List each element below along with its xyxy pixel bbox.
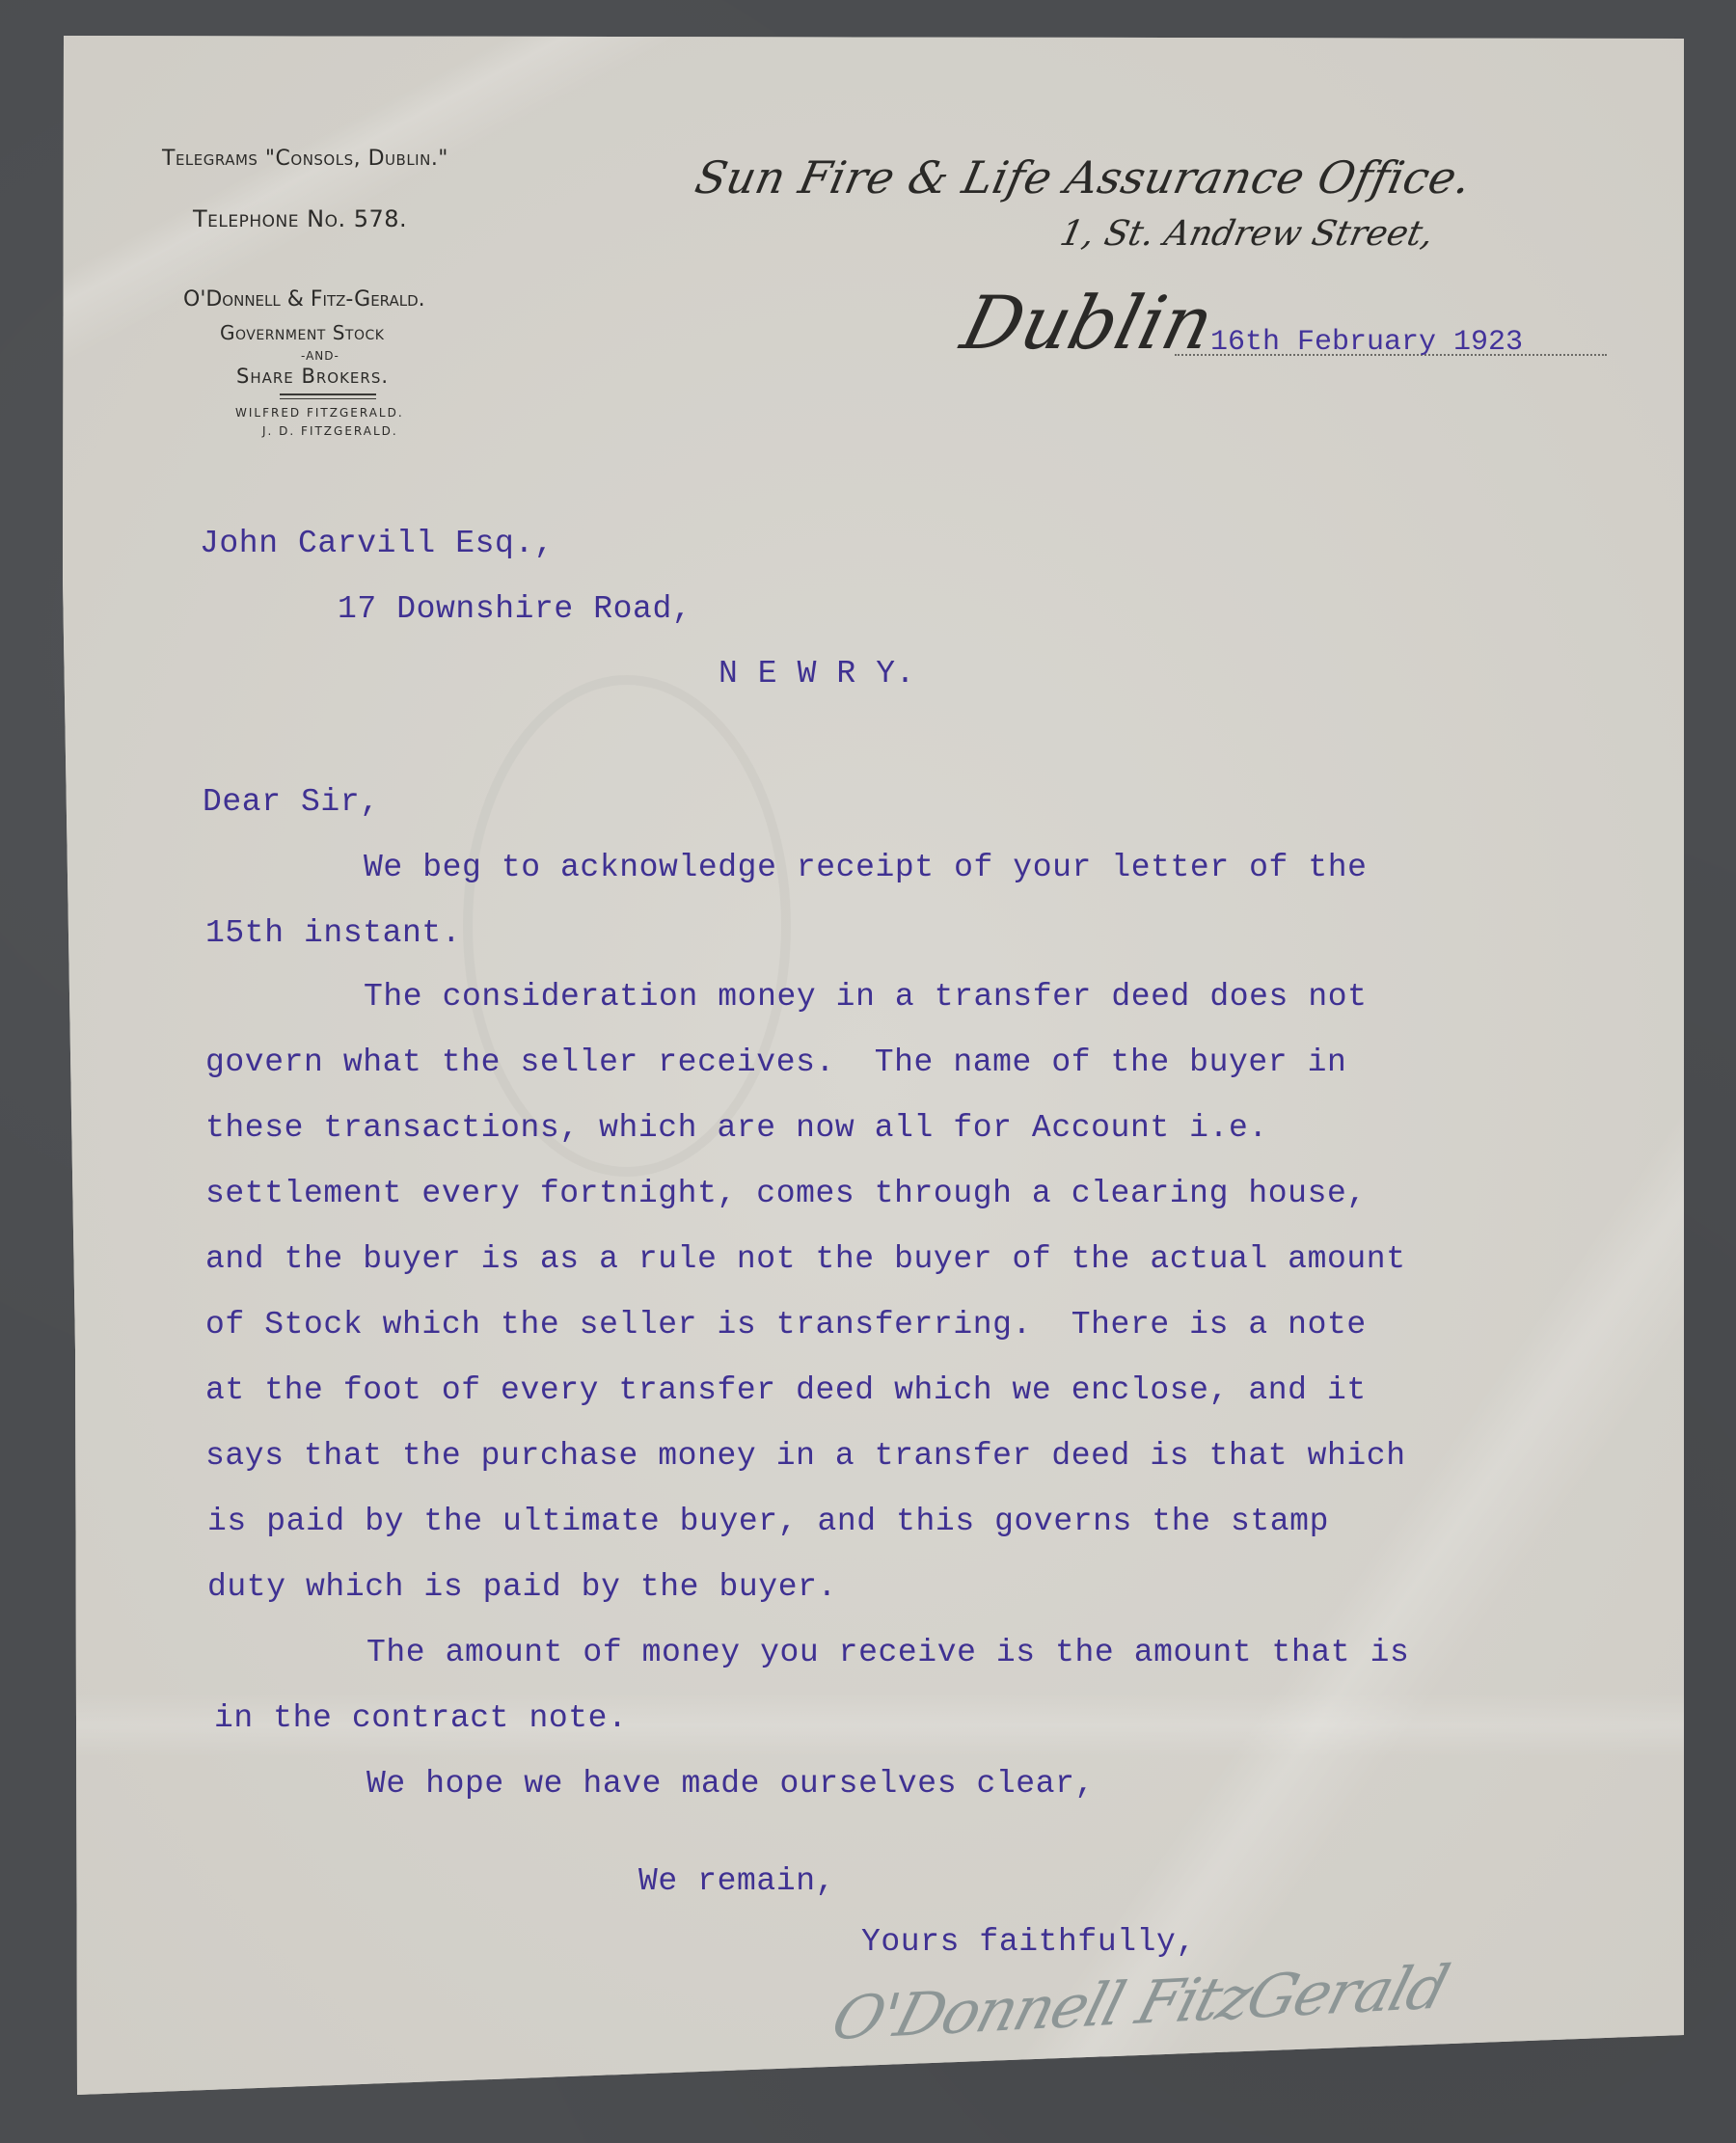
letterhead-firm-line2: Government Stock (220, 321, 384, 344)
body-line: is paid by the ultimate buyer, and this … (207, 1504, 1329, 1539)
letterhead-city: Dublin (954, 280, 1222, 366)
body-line: settlement every fortnight, comes throug… (205, 1176, 1367, 1211)
letterhead-office: Sun Fire & Life Assurance Office. (691, 151, 1476, 203)
letterhead-firm-and: -AND- (301, 349, 339, 363)
letterhead-divider (280, 393, 376, 399)
recipient-town: N E W R Y. (719, 656, 915, 692)
letterhead-street: 1, St. Andrew Street, (1057, 214, 1437, 254)
body-line: We beg to acknowledge receipt of your le… (364, 850, 1368, 885)
body-line: duty which is paid by the buyer. (207, 1569, 837, 1605)
letterhead-partner-2: J. D. FITZGERALD. (262, 424, 398, 438)
body-line: in the contract note. (214, 1700, 627, 1736)
letterhead-firm-line3: Share Brokers. (236, 365, 389, 388)
watermark-emboss (463, 675, 791, 1177)
closing-remain: We remain, (638, 1863, 835, 1899)
recipient-street: 17 Downshire Road, (338, 591, 692, 627)
body-line: at the foot of every transfer deed which… (205, 1372, 1367, 1408)
salutation: Dear Sir, (203, 784, 380, 820)
body-line: The consideration money in a transfer de… (364, 979, 1368, 1015)
letterhead-telephone: Telephone No. 578. (193, 205, 407, 232)
body-line: of Stock which the seller is transferrin… (205, 1307, 1367, 1343)
recipient-name: John Carvill Esq., (200, 526, 554, 561)
body-line: these transactions, which are now all fo… (205, 1110, 1268, 1146)
body-line: says that the purchase money in a transf… (205, 1438, 1406, 1474)
letter-paper: Telegrams "Consols, Dublin." Telephone N… (0, 0, 1736, 2143)
closing-yours: Yours faithfully, (861, 1924, 1196, 1960)
body-line: The amount of money you receive is the a… (366, 1635, 1409, 1670)
letter-date: 16th February 1923 (1210, 326, 1523, 359)
body-line: We hope we have made ourselves clear, (366, 1766, 1095, 1802)
body-line: 15th instant. (205, 915, 461, 951)
letterhead-partner-1: WILFRED FITZGERALD. (235, 406, 404, 420)
letterhead-firm-name: O'Donnell & Fitz-Gerald. (183, 287, 425, 312)
body-line: and the buyer is as a rule not the buyer… (205, 1241, 1406, 1277)
body-line: govern what the seller receives. The nam… (205, 1044, 1346, 1080)
letterhead-telegrams: Telegrams "Consols, Dublin." (162, 147, 448, 171)
handwritten-signature: O'Donnell FitzGerald (825, 1952, 1454, 2054)
